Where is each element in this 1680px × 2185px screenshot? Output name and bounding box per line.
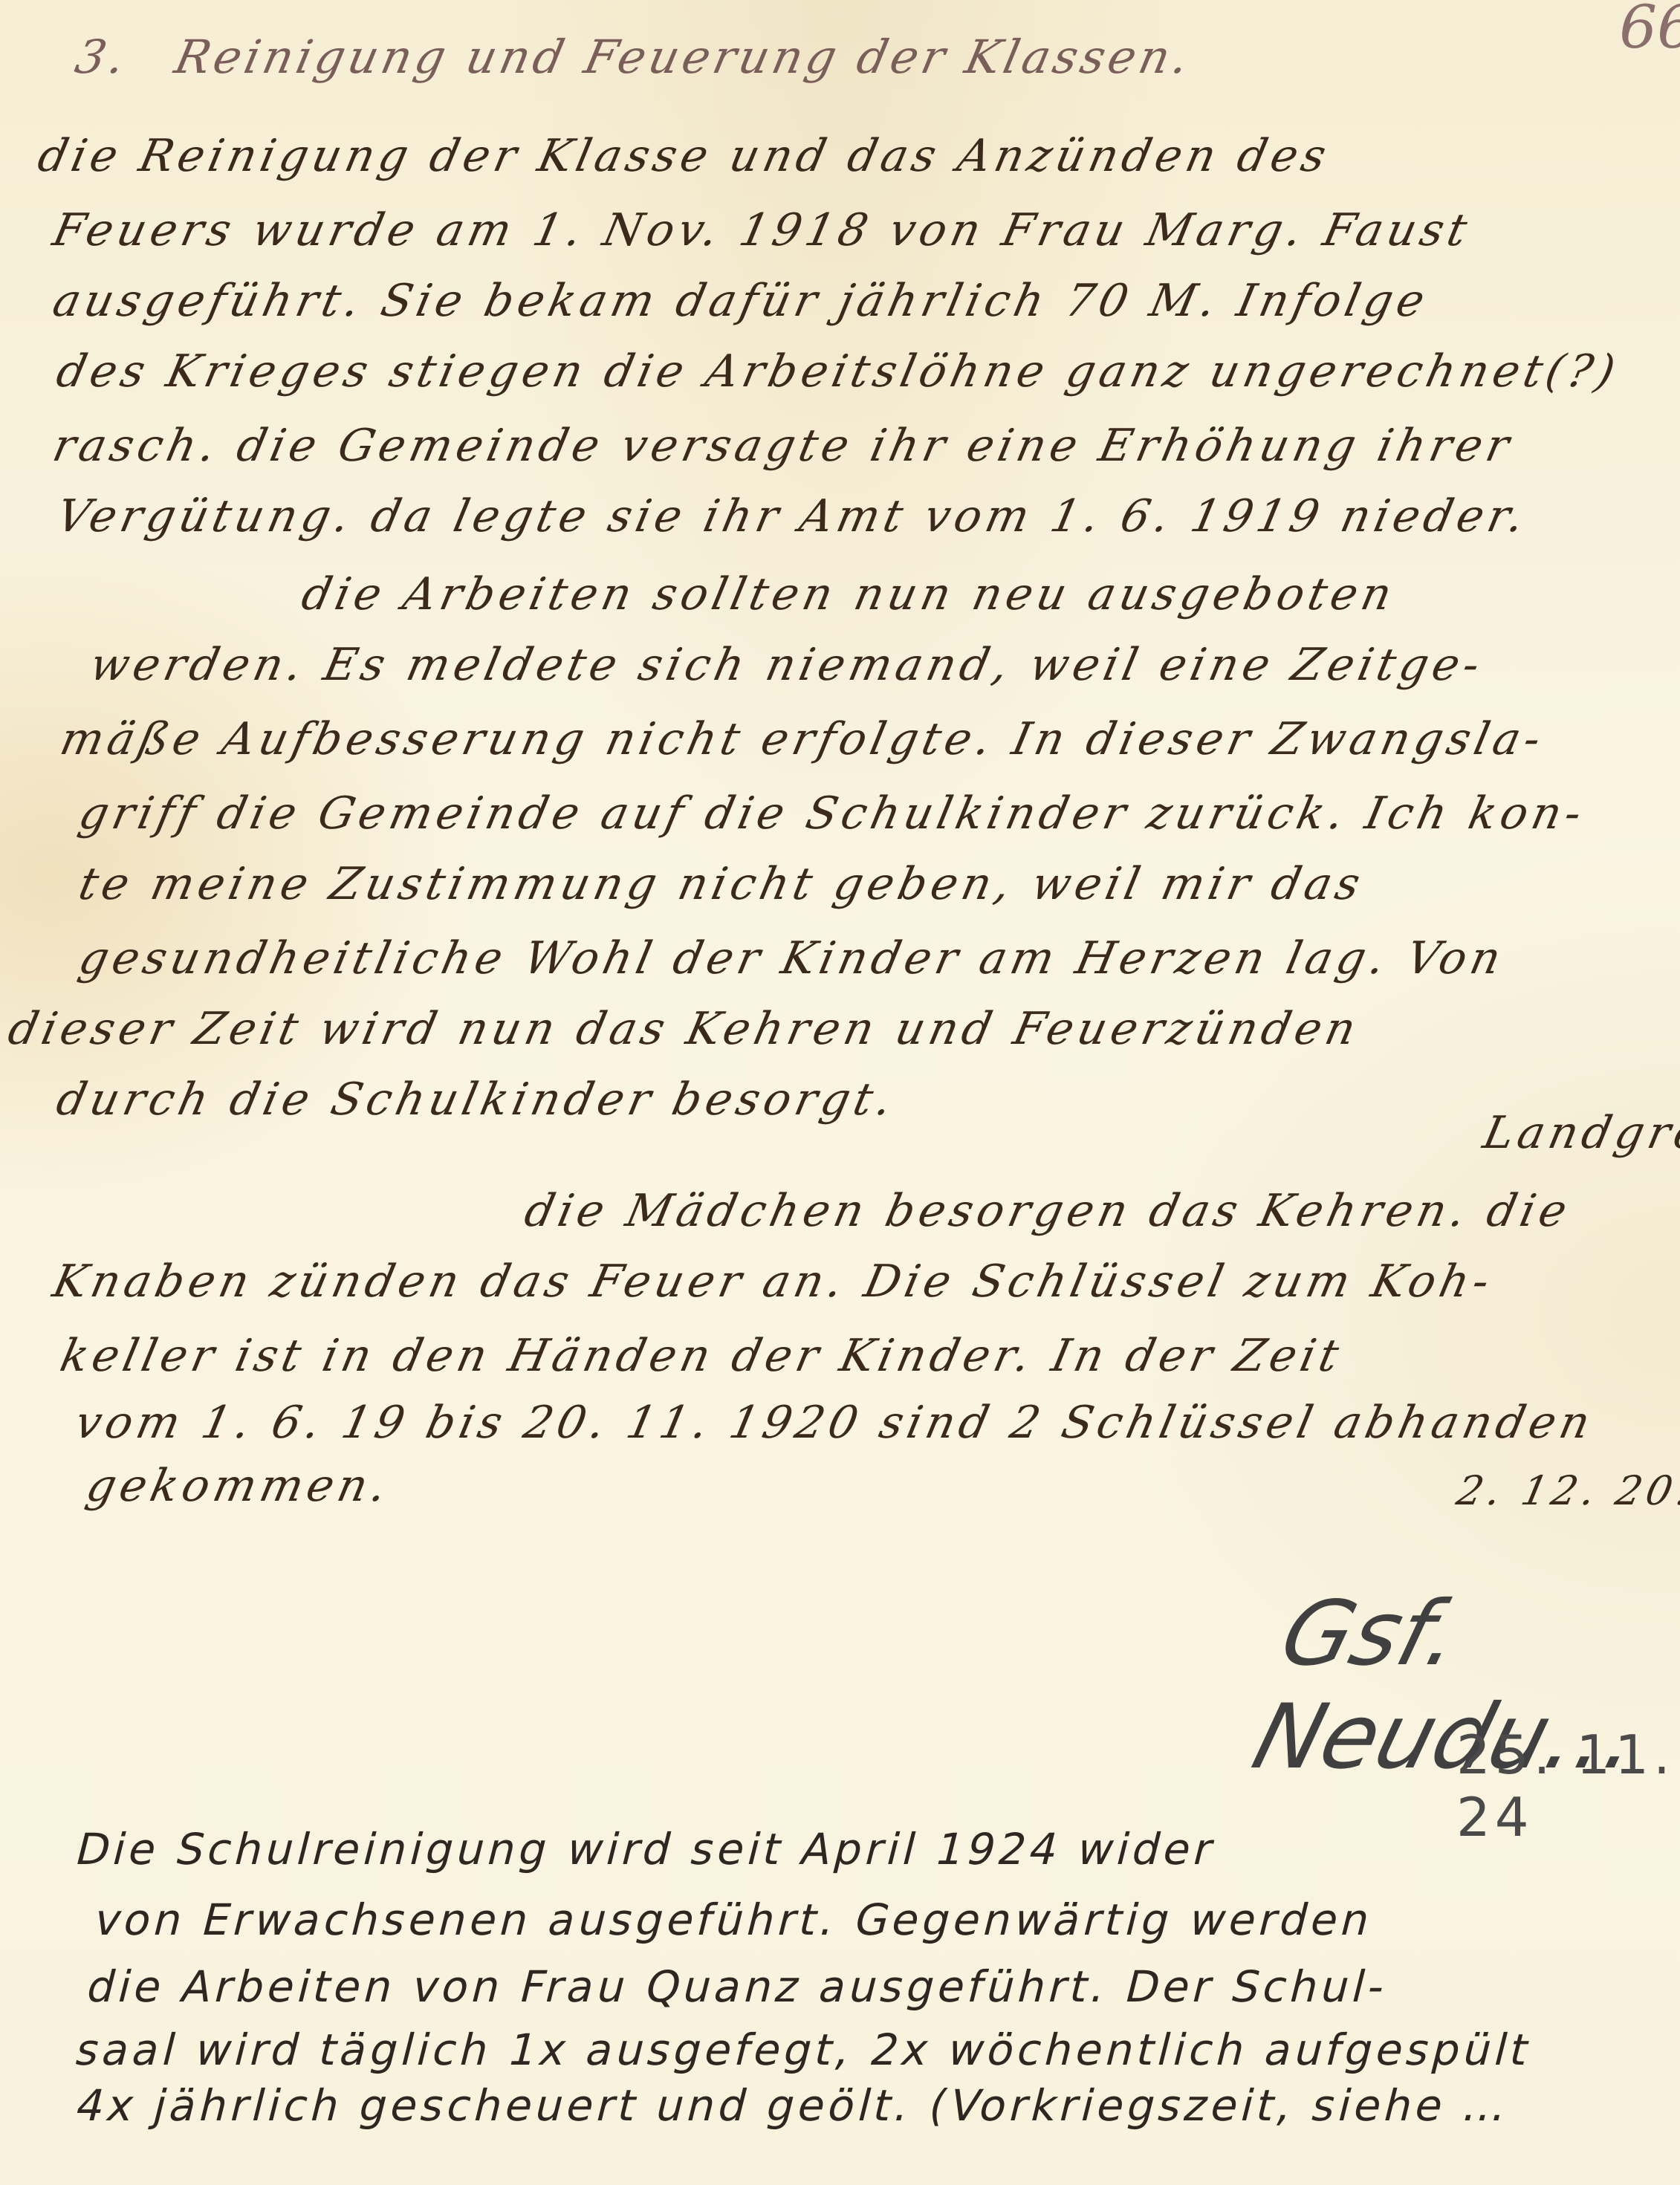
section-heading: 3. Reinigung und Feuerung der Klassen. [71, 30, 1197, 84]
text-line: griff die Gemeinde auf die Schulkinder z… [74, 788, 1591, 840]
text-line: die Arbeiten sollten nun neu ausgeboten [297, 568, 1401, 620]
text-line: Feuers wurde am 1. Nov. 1918 von Frau Ma… [48, 204, 1476, 256]
text-line: keller ist in den Händen der Kinder. In … [56, 1330, 1348, 1382]
text-line: gesundheitliche Wohl der Kinder am Herze… [74, 932, 1510, 984]
text-line: 4x jährlich gescheuert und geölt. (Vorkr… [71, 2080, 1517, 2131]
text-line: rasch. die Gemeinde versagte ihr eine Er… [48, 420, 1518, 472]
text-line: werden. Es meldete sich niemand, weil ei… [85, 639, 1488, 691]
text-line: gekommen. [82, 1460, 395, 1512]
text-line: Die Schulreinigung wird seit April 1924 … [71, 1824, 1222, 1874]
text-line: te meine Zustimmung nicht geben, weil mi… [74, 858, 1369, 910]
text-line: durch die Schulkinder besorgt. [52, 1074, 901, 1126]
heading-number: 3. [71, 30, 134, 84]
text-line: des Krieges stiegen die Arbeitslöhne gan… [52, 345, 1624, 397]
entry-date: 2. 12. 20. [1453, 1467, 1680, 1514]
text-line: ausgeführt. Sie bekam dafür jährlich 70 … [48, 275, 1433, 327]
text-line: Knaben zünden das Feuer an. Die Schlüsse… [48, 1256, 1499, 1308]
text-line: dieser Zeit wird nun das Kehren und Feue… [4, 1003, 1365, 1055]
text-line: saal wird täglich 1x ausgefegt, 2x wöche… [71, 2025, 1538, 2075]
text-line: Vergütung. da legte sie ihr Amt vom 1. 6… [52, 490, 1533, 542]
text-line: mäße Aufbesserung nicht erfolgte. In die… [56, 713, 1549, 765]
text-line: die Reinigung der Klasse und das Anzünde… [33, 130, 1335, 182]
text-line: die Arbeiten von Frau Quanz ausgeführt. … [82, 1961, 1394, 2012]
handwritten-page: 66 3. Reinigung und Feuerung der Klassen… [0, 0, 1680, 2185]
page-number: 66 [1619, 0, 1680, 62]
text-line: die Mädchen besorgen das Kehren. die [520, 1185, 1576, 1237]
text-line: von Erwachsenen ausgeführt. Gegenwärtig … [89, 1895, 1379, 1945]
heading-title: Reinigung und Feuerung der Klassen. [170, 30, 1197, 84]
author-signature: Landgre… [1479, 1107, 1680, 1159]
inspection-date: 25. 11. 24 [1456, 1724, 1680, 1848]
text-line: vom 1. 6. 19 bis 20. 11. 1920 sind 2 Sch… [71, 1397, 1599, 1449]
